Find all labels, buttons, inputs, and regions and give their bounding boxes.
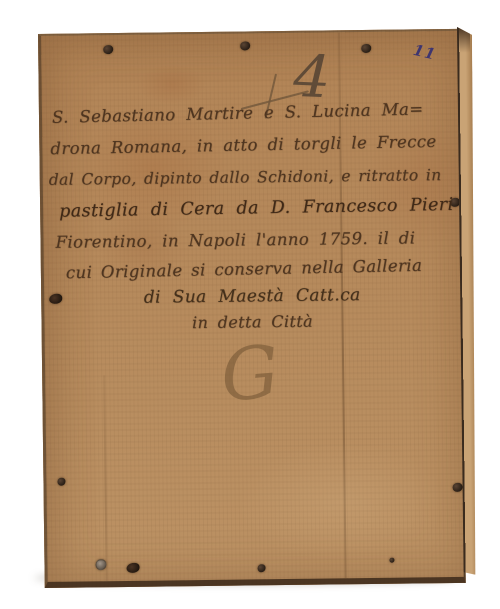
photo-background: 4 11 S. Sebastiano Martire e S. Lucina M… [0, 0, 500, 609]
inscription-line: Fiorentino, in Napoli l'anno 1759. il di [49, 226, 453, 255]
blue-number-mark: 11 [411, 41, 437, 64]
wood-panel: 4 11 S. Sebastiano Martire e S. Lucina M… [38, 29, 479, 582]
wood-stain [236, 441, 447, 564]
inscription-line: pastiglia di Cera da D. Francesco Pieri [49, 193, 453, 224]
nail [240, 41, 250, 50]
nail [389, 558, 394, 563]
inscription-line: cui Originale si conserva nella Galleria [50, 253, 454, 285]
wood-chip [459, 27, 470, 53]
nail [361, 44, 371, 53]
panel-back-face: 4 11 S. Sebastiano Martire e S. Lucina M… [38, 29, 466, 588]
inscription-line: S. Sebastiano Martire e S. Lucina Ma= [48, 97, 452, 130]
inscription-line: di Sua Maestà Catt.ca [50, 282, 454, 311]
flourish-letter: G [218, 331, 282, 415]
nail [453, 483, 463, 492]
inscription-line: drona Romana, in atto di torgli le Frecc… [48, 130, 452, 162]
inscription-line: dal Corpo, dipinto dallo Schidoni, e rit… [49, 163, 453, 192]
inventory-number: 4 [292, 46, 331, 107]
wood-stain [136, 64, 206, 105]
wood-seam [103, 375, 108, 581]
nail [126, 563, 139, 573]
nail [57, 478, 65, 486]
nail [257, 564, 265, 572]
nail [103, 45, 113, 54]
